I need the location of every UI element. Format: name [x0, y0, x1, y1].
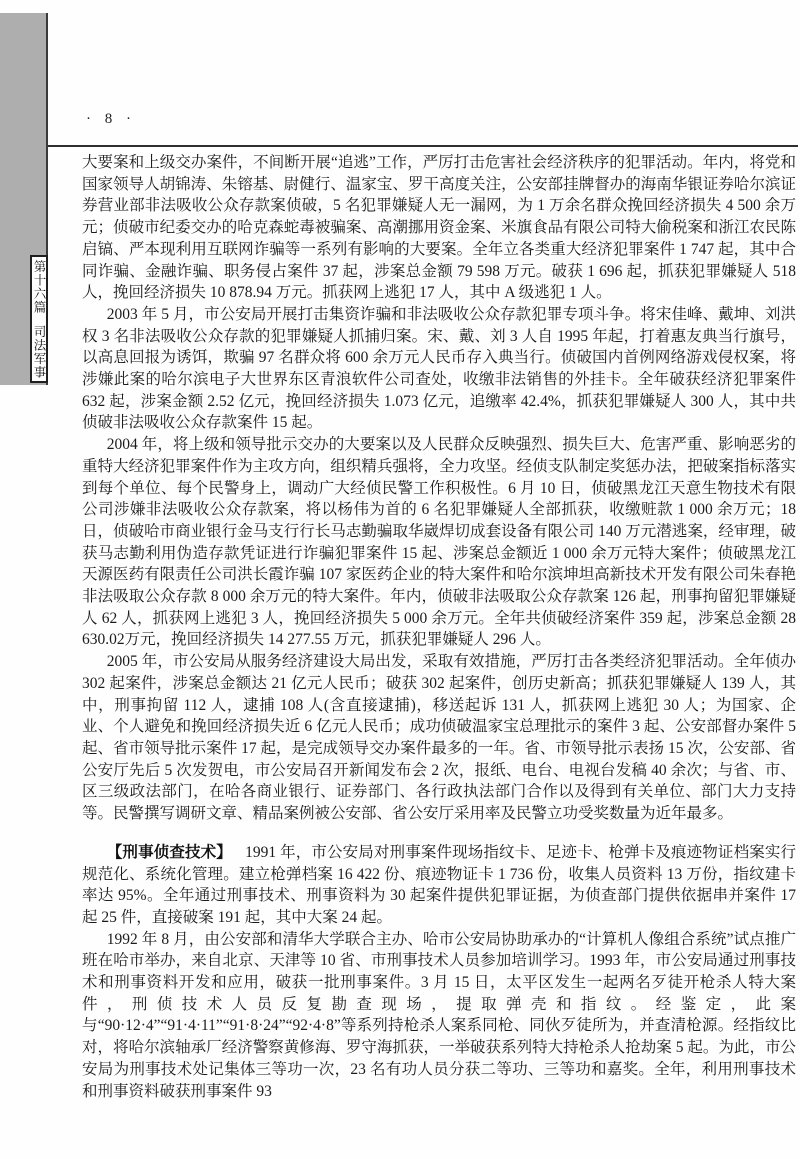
body-text: 大要案和上级交办案件，不间断开展“追逃”工作，严厉打击危害社会经济秩序的犯罪活动…: [82, 152, 796, 1102]
header-rule: [48, 145, 798, 147]
paragraph-2004: 2004 年，将上级和领导批示交办的大要案以及人民群众反映强烈、损失巨大、危害严…: [82, 434, 796, 651]
chapter-section-label: 司法军事: [32, 325, 46, 379]
paragraph-1992: 1992 年 8 月，由公安部和清华大学联合主办、哈市公安局协助承办的“计算机人…: [82, 929, 796, 1103]
paragraph-2003: 2003 年 5 月，市公安局开展打击集资诈骗和非法吸收公众存款犯罪专项斗争。将…: [82, 304, 796, 434]
paragraph-criminal-investigation-tech: 【刑事侦查技术】1991 年，市公安局对刑事案件现场指纹卡、足迹卡、枪弹卡及痕迹…: [82, 842, 796, 929]
document-page: 第十六篇 司法军事 · 8 · 大要案和上级交办案件，不间断开展“追逃”工作，严…: [0, 0, 800, 1159]
paragraph-continuation: 大要案和上级交办案件，不间断开展“追逃”工作，严厉打击危害社会经济秩序的犯罪活动…: [82, 152, 796, 304]
chapter-part-label: 第十六篇: [32, 260, 46, 314]
chapter-tab: 第十六篇 司法军事: [30, 255, 48, 383]
entry-title: 【刑事侦查技术】: [107, 844, 232, 861]
paragraph-2005: 2005 年，市公安局从服务经济建设大局出发，采取有效措施，严厉打击各类经济犯罪…: [82, 651, 796, 825]
page-number: · 8 ·: [86, 111, 136, 128]
